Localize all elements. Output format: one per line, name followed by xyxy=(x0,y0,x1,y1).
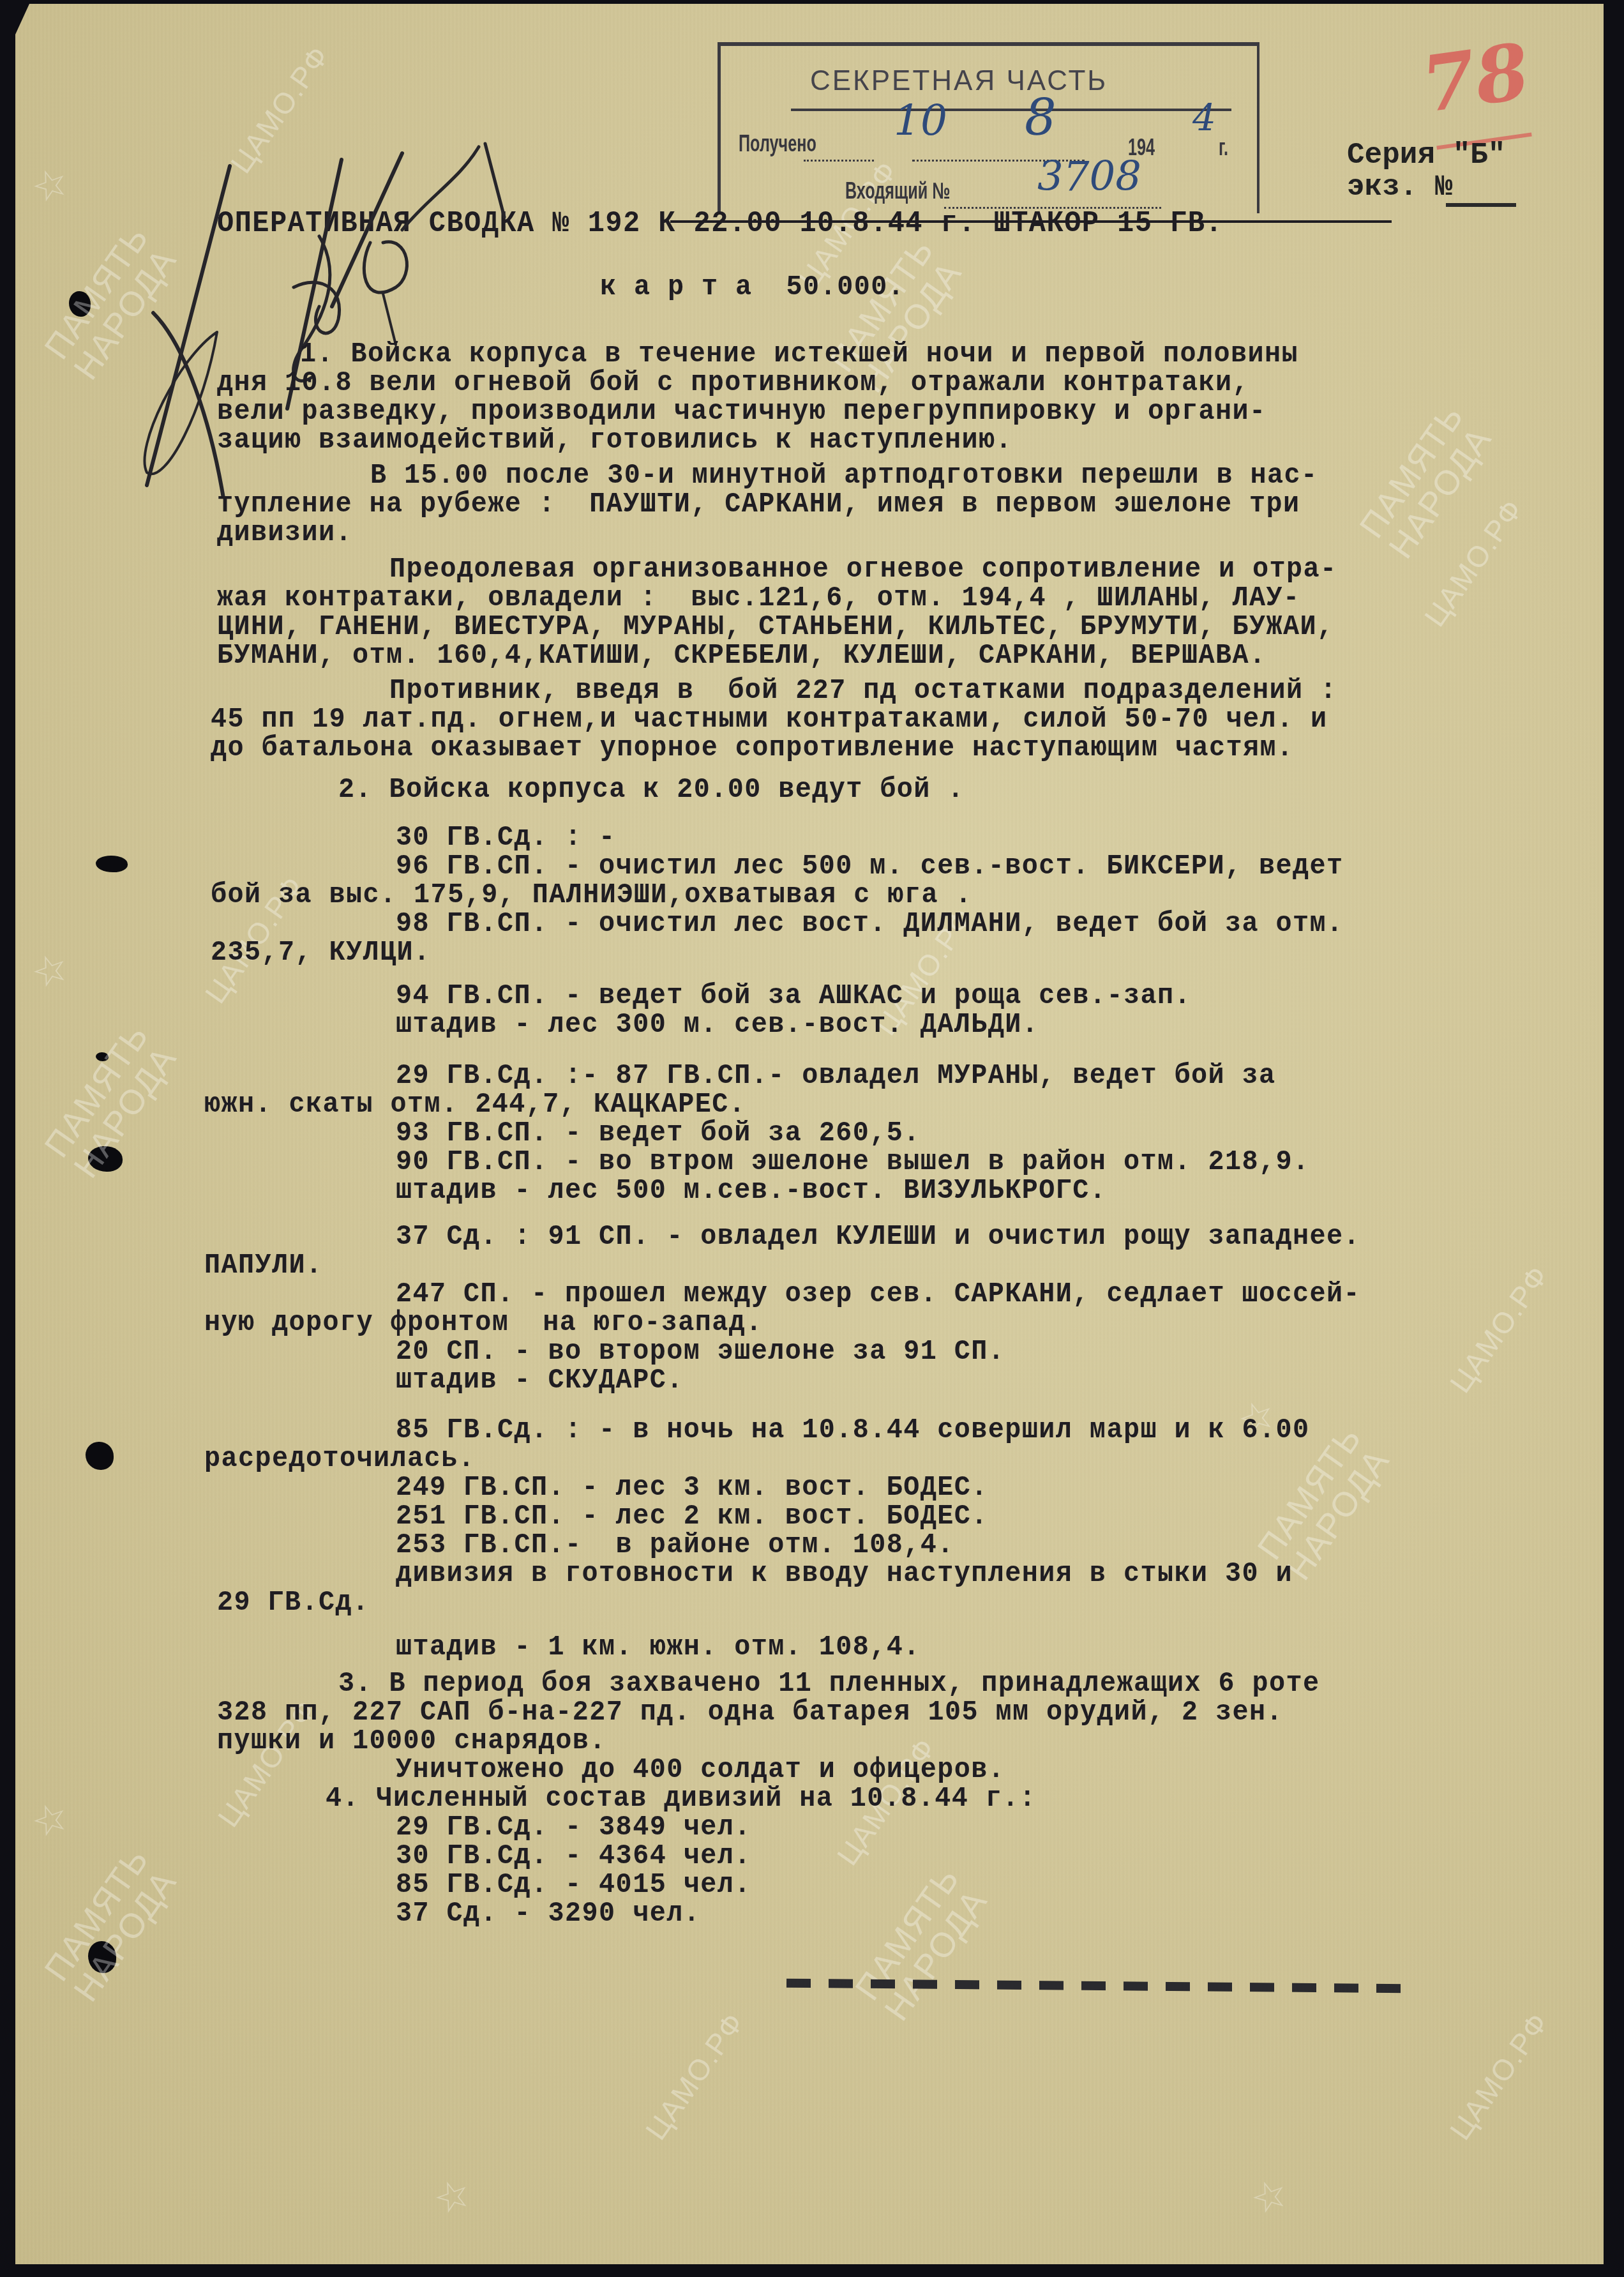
report-line: 85 ГВ.Сд. - 4015 чел. xyxy=(396,1870,751,1900)
report-line: 20 СП. - во втором эшелоне за 91 СП. xyxy=(396,1336,1005,1367)
report-line: 29 ГВ.Сд. - 3849 чел. xyxy=(396,1812,751,1843)
report-line: штадив - СКУДАРС. xyxy=(396,1365,684,1396)
report-line: дивизия в готовности к вводу наступления… xyxy=(396,1559,1293,1589)
report-line: 90 ГВ.СП. - во втром эшелоне вышел в рай… xyxy=(396,1147,1310,1177)
report-line: 98 ГВ.СП. - очистил лес вост. ДИЛМАНИ, в… xyxy=(396,909,1344,939)
report-line: В 15.00 после 30-и минутной артподготовк… xyxy=(370,460,1318,491)
report-line: 37 Сд. - 3290 чел. xyxy=(396,1898,700,1929)
report-line: 93 ГВ.СП. - ведет бой за 260,5. xyxy=(396,1118,921,1149)
report-line: 96 ГВ.СП. - очистил лес 500 м. сев.-вост… xyxy=(396,851,1344,882)
stamp-day-field xyxy=(804,158,874,162)
report-line: пушки и 10000 снарядов. xyxy=(217,1726,606,1757)
report-line: южн. скаты отм. 244,7, КАЦКАРЕС. xyxy=(204,1089,746,1120)
report-line: 247 СП. - прошел между озер сев. САРКАНИ… xyxy=(396,1279,1360,1310)
report-line: ПАПУЛИ. xyxy=(204,1250,323,1281)
report-line: штадив - лес 500 м.сев.-вост. ВИЗУЛЬКРОГ… xyxy=(396,1176,1106,1206)
incoming-number-handwritten: 3708 xyxy=(1037,153,1141,200)
report-line: 3. В период боя захвачено 11 пленных, пр… xyxy=(338,1668,1320,1699)
punch-hole xyxy=(96,856,128,872)
report-line: вели разведку, производили частичную пер… xyxy=(217,397,1267,427)
report-line: 4. Численный состав дивизий на 10.8.44 г… xyxy=(326,1783,1036,1814)
report-line: 253 ГВ.СП.- в районе отм. 108,4. xyxy=(396,1530,954,1561)
report-line: 251 ГВ.СП. - лес 2 км. вост. БОДЕС. xyxy=(396,1501,988,1532)
copy-number-field xyxy=(1446,203,1516,207)
stamp-year-suffix: г. xyxy=(1219,134,1228,161)
secret-department-stamp: СЕКРЕТНАЯ ЧАСТЬ Получено 194 г. Входящий… xyxy=(718,42,1259,213)
report-line: ную дорогу фронтом на юго-запад. xyxy=(204,1308,763,1338)
report-line: 85 ГВ.Сд. : - в ночь на 10.8.44 совершил… xyxy=(396,1415,1310,1446)
report-line: зацию взаимодействий, готовились к насту… xyxy=(217,425,1012,456)
report-line: штадив - лес 300 м. сев.-вост. ДАЛЬДИ. xyxy=(396,1010,1039,1040)
report-line: штадив - 1 км. южн. отм. 108,4. xyxy=(396,1632,921,1663)
punch-hole xyxy=(86,1442,114,1470)
report-line: бой за выс. 175,9, ПАЛНИЭШИ,охватывая с … xyxy=(211,880,972,911)
received-day-handwritten: 10 xyxy=(894,96,947,145)
report-line: расредоточилась. xyxy=(204,1444,475,1474)
report-line: 235,7, КУЛЦИ. xyxy=(211,937,431,968)
stamp-incoming-label: Входящий № xyxy=(845,178,950,204)
stamp-divider xyxy=(791,109,1231,111)
report-line: 94 ГВ.СП. - ведет бой за АШКАС и роща се… xyxy=(396,981,1191,1011)
report-line: БУМАНИ, отм. 160,4,КАТИШИ, СКРЕБЕЛИ, КУЛ… xyxy=(217,640,1267,671)
report-line: 37 Сд. : 91 СП. - овладел КУЛЕШИ и очист… xyxy=(396,1222,1360,1252)
report-line: 30 ГВ.Сд. - 4364 чел. xyxy=(396,1841,751,1872)
report-line: 29 ГВ.Сд. :- 87 ГВ.СП.- овладел МУРАНЫ, … xyxy=(396,1061,1275,1091)
report-line: 29 ГВ.Сд. xyxy=(217,1587,370,1618)
report-line: до батальона оказывает упорное сопротивл… xyxy=(211,733,1294,764)
map-scale: к а р т а 50.000. xyxy=(600,272,905,303)
report-line: дня 10.8 вели огневой бой с противником,… xyxy=(217,368,1249,398)
report-line: 249 ГВ.СП. - лес 3 км. вост. БОДЕС. xyxy=(396,1472,988,1503)
report-line: 2. Войска корпуса к 20.00 ведут бой . xyxy=(338,775,965,805)
report-line: жая контратаки, овладели : выс.121,6, от… xyxy=(217,583,1300,614)
archive-page-number: 78 xyxy=(1417,26,1535,130)
report-line: тупление на рубеже : ПАУШТИ, САРКАНИ, им… xyxy=(217,489,1300,520)
report-line: ЦИНИ, ГАНЕНИ, ВИЕСТУРА, МУРАНЫ, СТАНЬЕНИ… xyxy=(217,612,1334,642)
stamp-received-label: Получено xyxy=(739,130,816,157)
report-line: 1. Войска корпуса в течение истекшей ноч… xyxy=(300,339,1298,370)
stamp-title: СЕКРЕТНАЯ ЧАСТЬ xyxy=(810,65,1108,97)
title-strikethrough xyxy=(670,220,1392,223)
received-year-handwritten: 4 xyxy=(1192,96,1216,139)
copy-number-label: экз. № xyxy=(1347,171,1505,203)
report-line: Уничтожено до 400 солдат и офицеров. xyxy=(396,1755,1005,1785)
report-line: 328 пп, 227 САП б-на-227 пд. одна батаре… xyxy=(217,1697,1283,1728)
series-block: Серия "Б" экз. № xyxy=(1347,139,1505,203)
report-line: Противник, введя в бой 227 пд остатками … xyxy=(389,676,1337,706)
report-line: Преодолевая организованное огневое сопро… xyxy=(389,554,1337,585)
series-label: Серия "Б" xyxy=(1347,139,1505,171)
received-month-handwritten: 8 xyxy=(1025,89,1056,147)
report-line: дивизии. xyxy=(217,518,352,548)
report-line: 30 ГВ.Сд. : - xyxy=(396,822,616,853)
report-line: 45 пп 19 лат.пд. огнем,и частными контра… xyxy=(211,704,1328,735)
